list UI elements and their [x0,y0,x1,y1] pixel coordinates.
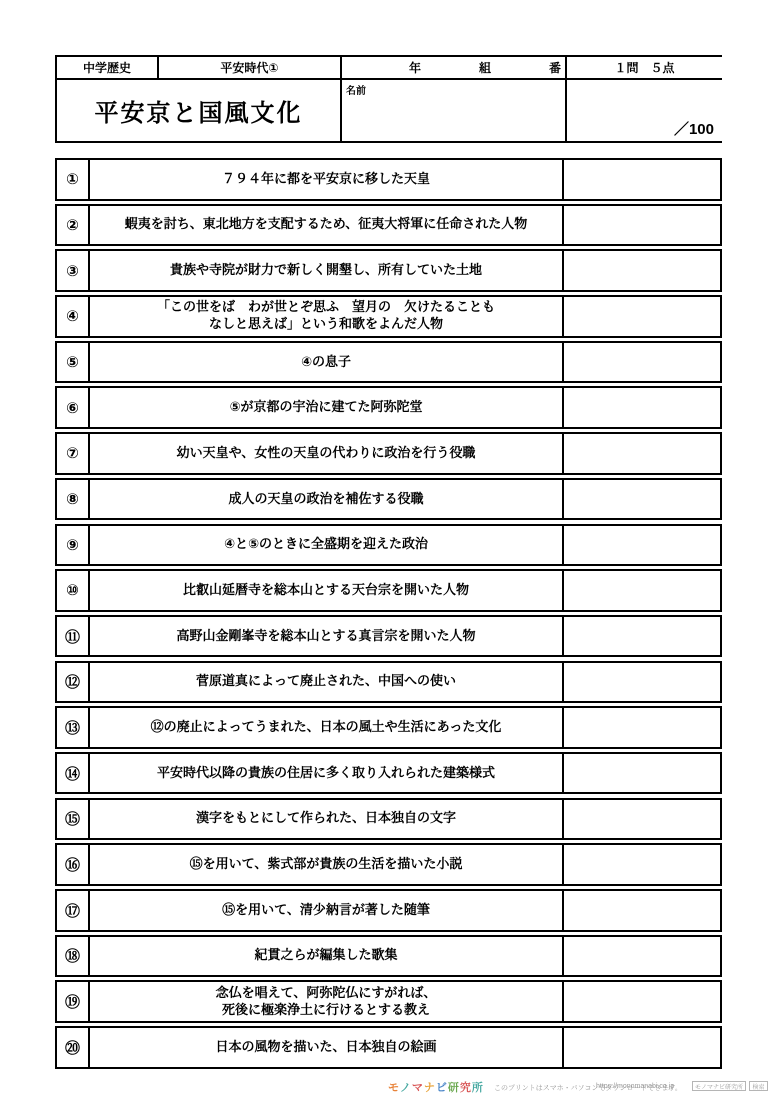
footer-url: https://monomanabi.co.jp [596,1083,674,1090]
question-text: ⑮を用いて、清少納言が著した随筆 [90,891,562,930]
question-text: ７９４年に都を平安京に移した天皇 [90,160,562,199]
year-class-number-cell: 年 組 番 [342,57,565,78]
question-row: ⑫菅原道真によって廃止された、中国への使い [55,661,722,704]
subject-label: 中学歴史 [57,57,157,78]
question-row: ⑰⑮を用いて、清少納言が著した随筆 [55,889,722,932]
question-row: ②蝦夷を討ち、東北地方を支配するため、征夷大将軍に任命された人物 [55,204,722,247]
question-text: ⑤が京都の宇治に建てた阿弥陀堂 [90,388,562,427]
question-text: ④と⑤のときに全盛期を迎えた政治 [90,526,562,565]
question-text: 念仏を唱えて、阿弥陀仏にすがれば、 死後に極楽浄土に行けるとする教え [90,982,562,1021]
answer-cell [564,617,720,656]
question-text: ⑮を用いて、紫式部が貴族の生活を描いた小説 [90,845,562,884]
question-number: ⑥ [57,388,88,427]
score-denominator: ／100 [674,118,714,139]
question-text: 日本の風物を描いた、日本独自の絵画 [90,1028,562,1067]
footer-logo-char: モ [388,1082,400,1094]
answer-cell [564,526,720,565]
name-label: 名前 [346,82,366,97]
question-number: ⑦ [57,434,88,473]
question-number: ④ [57,297,88,336]
year-label: 年 [409,59,421,76]
question-text: 蝦夷を討ち、東北地方を支配するため、征夷大将軍に任命された人物 [90,206,562,245]
question-number: ② [57,206,88,245]
question-text: 「この世をば わが世とぞ思ふ 望月の 欠けたることも なしと思えば」という和歌を… [90,297,562,336]
answer-cell [564,251,720,290]
footer-logo-char: ノ [400,1082,412,1094]
question-text: 幼い天皇や、女性の天皇の代わりに政治を行う役職 [90,434,562,473]
question-number: ⑪ [57,617,88,656]
question-text: ④の息子 [90,343,562,382]
footer-logo-char: ビ [436,1082,448,1094]
answer-cell [564,388,720,427]
question-row: ⑱紀貫之らが編集した歌集 [55,935,722,978]
question-row: ⑳日本の風物を描いた、日本独自の絵画 [55,1026,722,1069]
question-row: ⑩比叡山延暦寺を総本山とする天台宗を開いた人物 [55,569,722,612]
question-text: 平安時代以降の貴族の住居に多く取り入れられた建築様式 [90,754,562,793]
name-field: 名前 [342,80,565,141]
footer-logo: モノマナビ研究所 [388,1079,484,1095]
question-table: ①７９４年に都を平安京に移した天皇②蝦夷を討ち、東北地方を支配するため、征夷大将… [55,158,722,1072]
answer-cell [564,754,720,793]
footer-search-box: モノマナビ研究所 [692,1081,746,1091]
answer-cell [564,297,720,336]
question-number: ③ [57,251,88,290]
score-field: ／100 [567,80,722,141]
points-note: １問 ５点 [567,57,722,78]
question-row: ⑧成人の天皇の政治を補佐する役職 [55,478,722,521]
question-row: ⑭平安時代以降の貴族の住居に多く取り入れられた建築様式 [55,752,722,795]
answer-cell [564,480,720,519]
question-number: ⑯ [57,845,88,884]
answer-cell [564,800,720,839]
footer-logo-char: マ [412,1082,424,1094]
question-number: ⑬ [57,708,88,747]
question-row: ⑪高野山金剛峯寺を総本山とする真言宗を開いた人物 [55,615,722,658]
question-row: ④「この世をば わが世とぞ思ふ 望月の 欠けたることも なしと思えば」という和歌… [55,295,722,338]
question-row: ⑬⑫の廃止によってうまれた、日本の風土や生活にあった文化 [55,706,722,749]
answer-cell [564,571,720,610]
answer-cell [564,891,720,930]
answer-cell [564,982,720,1021]
page-title: 平安京と国風文化 [57,80,340,141]
question-number: ⑱ [57,937,88,976]
answer-cell [564,343,720,382]
question-row: ⑨④と⑤のときに全盛期を迎えた政治 [55,524,722,567]
question-text: 菅原道真によって廃止された、中国への使い [90,663,562,702]
footer-logo-char: 所 [472,1082,484,1094]
footer-logo-char: 究 [460,1082,472,1094]
question-text: ⑫の廃止によってうまれた、日本の風土や生活にあった文化 [90,708,562,747]
question-row: ①７９４年に都を平安京に移した天皇 [55,158,722,201]
question-text: 成人の天皇の政治を補佐する役職 [90,480,562,519]
answer-cell [564,845,720,884]
question-number: ⑤ [57,343,88,382]
question-row: ⑦幼い天皇や、女性の天皇の代わりに政治を行う役職 [55,432,722,475]
question-row: ⑥⑤が京都の宇治に建てた阿弥陀堂 [55,386,722,429]
question-number: ⑭ [57,754,88,793]
question-number: ⑨ [57,526,88,565]
question-text: 漢字をもとにして作られた、日本独自の文字 [90,800,562,839]
worksheet-header: 中学歴史 平安時代① 年 組 番 １問 ５点 平安京と国風文化 名前 ／100 [55,55,722,143]
question-number: ⑧ [57,480,88,519]
footer-search-button: 検索 [749,1081,768,1091]
answer-cell [564,663,720,702]
number-label: 番 [549,59,561,76]
question-number: ① [57,160,88,199]
question-number: ⑲ [57,982,88,1021]
question-text: 紀貫之らが編集した歌集 [90,937,562,976]
question-number: ⑮ [57,800,88,839]
answer-cell [564,937,720,976]
question-text: 高野山金剛峯寺を総本山とする真言宗を開いた人物 [90,617,562,656]
footer-logo-char: ナ [424,1082,436,1094]
footer-logo-char: 研 [448,1082,460,1094]
footer: モノマナビ研究所 このプリントはスマホ・パソコンでダウンロードできます。 htt… [0,1078,778,1098]
answer-cell [564,708,720,747]
question-number: ⑰ [57,891,88,930]
answer-cell [564,160,720,199]
class-label: 組 [479,59,491,76]
question-text: 貴族や寺院が財力で新しく開墾し、所有していた土地 [90,251,562,290]
question-text: 比叡山延暦寺を総本山とする天台宗を開いた人物 [90,571,562,610]
question-number: ⑳ [57,1028,88,1067]
answer-cell [564,1028,720,1067]
unit-label: 平安時代① [159,57,340,78]
question-row: ⑲念仏を唱えて、阿弥陀仏にすがれば、 死後に極楽浄土に行けるとする教え [55,980,722,1023]
question-row: ⑯⑮を用いて、紫式部が貴族の生活を描いた小説 [55,843,722,886]
question-row: ③貴族や寺院が財力で新しく開墾し、所有していた土地 [55,249,722,292]
question-row: ⑮漢字をもとにして作られた、日本独自の文字 [55,798,722,841]
answer-cell [564,434,720,473]
question-number: ⑫ [57,663,88,702]
question-number: ⑩ [57,571,88,610]
answer-cell [564,206,720,245]
question-row: ⑤④の息子 [55,341,722,384]
